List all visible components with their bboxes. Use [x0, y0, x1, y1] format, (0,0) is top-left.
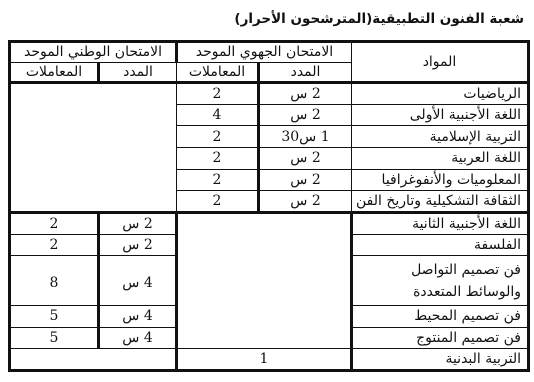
subject-cell: فن تصميم التواصل والوسائط المتعددة	[352, 256, 529, 306]
national-duration-header: المدد	[99, 62, 177, 83]
regional-duration-header: المدد	[259, 62, 352, 83]
exam-table: الامتحان الوطني الموحد الامتحان الجهوي ا…	[8, 40, 530, 372]
national-coefficients-header: المعاملات	[10, 62, 99, 83]
coefficient-cell: 2	[177, 148, 259, 170]
coefficient-cell: 5	[10, 306, 99, 328]
coefficient-cell: 5	[10, 327, 99, 349]
coefficient-cell: 2	[177, 83, 259, 105]
duration-cell: 4 س	[99, 256, 177, 306]
duration-cell: 1 س30	[259, 126, 352, 148]
duration-cell: 2 س	[259, 191, 352, 213]
duration-cell: 4 س	[99, 306, 177, 328]
subject-cell: اللغة الأجنبية الأولى	[352, 104, 529, 126]
subject-cell: الرياضيات	[352, 83, 529, 105]
subject-cell: الثقافة التشكيلية وتاريخ الفن	[352, 191, 529, 213]
subject-line-2: والوسائط المتعددة	[353, 282, 521, 304]
subject-cell: التربية الإسلامية	[352, 126, 529, 148]
coefficient-cell: 2	[177, 191, 259, 213]
national-empty-cell	[10, 83, 177, 213]
page-title: شعبة الفنون التطبيقية(المترشحون الأحرار)	[234, 11, 524, 27]
duration-cell: 2 س	[259, 169, 352, 191]
regional-empty-cell	[177, 212, 352, 348]
table-row: 2 2 س الرياضيات	[10, 83, 529, 105]
duration-cell: 2 س	[259, 104, 352, 126]
regional-exam-header: الامتحان الجهوي الموحد	[177, 42, 352, 63]
subject-cell: فن تصميم المحيط	[352, 306, 529, 328]
subject-cell: اللغة الأجنبية الثانية	[352, 212, 529, 234]
coefficient-cell: 2	[177, 126, 259, 148]
duration-cell: 2 س	[259, 83, 352, 105]
national-exam-header: الامتحان الوطني الموحد	[10, 42, 177, 63]
coefficient-cell: 8	[10, 256, 99, 306]
subjects-header: المواد	[352, 42, 529, 83]
regional-value-cell: 1	[177, 349, 352, 371]
regional-coefficients-header: المعاملات	[177, 62, 259, 83]
duration-cell: 2 س	[99, 212, 177, 234]
table-row: 2 2 س اللغة الأجنبية الثانية	[10, 212, 529, 234]
coefficient-cell: 2	[10, 234, 99, 256]
national-empty-cell	[10, 349, 177, 371]
subject-cell: اللغة العربية	[352, 148, 529, 170]
duration-cell: 2 س	[259, 148, 352, 170]
subject-line-1: فن تصميم التواصل	[353, 260, 521, 282]
duration-cell: 4 س	[99, 327, 177, 349]
subject-cell: فن تصميم المنتوج	[352, 327, 529, 349]
subject-cell: المعلوميات والأنفوغرافيا	[352, 169, 529, 191]
coefficient-cell: 2	[10, 212, 99, 234]
table-row: 1 التربية البدنية	[10, 349, 529, 371]
coefficient-cell: 4	[177, 104, 259, 126]
subject-cell: التربية البدنية	[352, 349, 529, 371]
duration-cell: 2 س	[99, 234, 177, 256]
coefficient-cell: 2	[177, 169, 259, 191]
subject-cell: الفلسفة	[352, 234, 529, 256]
